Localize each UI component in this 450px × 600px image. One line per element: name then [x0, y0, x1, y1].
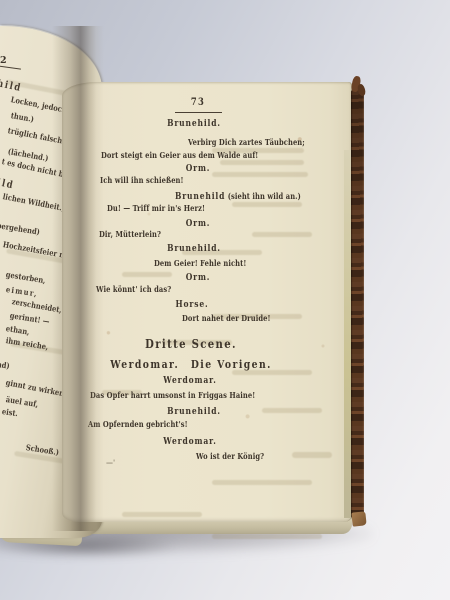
right-page-number: 73: [84, 98, 312, 108]
scene-heading: Dritte Scene.: [77, 338, 305, 350]
left-page-line: ihm reiche,: [5, 336, 49, 351]
book-cover-edge: [351, 90, 364, 518]
speaker-name: Orm.: [84, 165, 312, 174]
left-page-line: thun.): [10, 111, 34, 123]
dialogue-line: Du! — Triff mir in's Herz!: [107, 204, 205, 212]
dialogue-line: Am Opfernden gebricht's!: [88, 420, 188, 428]
dialogue-line: Dir, Mütterlein?: [99, 230, 161, 238]
speaker-name: Werdomar.: [76, 438, 304, 447]
cover-corner-tab: [351, 511, 366, 526]
dialogue-line: Das Opfer harrt umsonst in Friggas Haine…: [90, 391, 255, 399]
dialogue-line: Verbirg Dich zartes Täubchen;: [188, 138, 305, 146]
left-page-number-rule: [0, 65, 21, 70]
dialogue-line: Ich will ihn schießen!: [100, 176, 184, 184]
left-page-line: lichen Wildheit.): [2, 192, 66, 212]
speaker-name: Horse.: [78, 301, 306, 310]
left-page-line: bergehend): [0, 221, 41, 236]
dialogue-line: Wo ist der König?: [196, 452, 264, 460]
dialogue-line: Wie könnt' ich das?: [96, 285, 171, 293]
speaker-name-with-direction: Brunehild (sieht ihn wild an.): [175, 192, 301, 202]
left-page-line: ild: [0, 178, 15, 191]
left-page-line: nd): [0, 360, 10, 370]
speaker-name: Orm.: [84, 274, 312, 283]
signature-mark: —': [106, 458, 115, 467]
scene-cast-list: Werdomar.Die Vorigen.: [77, 359, 305, 370]
speaker-name: Werdomar.: [76, 377, 304, 386]
speaker-name: Orm.: [84, 220, 312, 229]
speaker-name: Brunehild.: [80, 120, 308, 129]
left-page-line: eist.: [1, 407, 18, 417]
left-page-line: gestorben,: [5, 270, 46, 284]
right-page: 73 Brunehild. Verbirg Dich zartes Täubch…: [62, 82, 352, 522]
book-photo: 2 hild Locken, jedoch ohne ihn thun.) tr…: [0, 0, 450, 600]
speaker-name: Brunehild.: [80, 408, 308, 417]
left-page-line: gerinnt! —: [9, 311, 50, 325]
left-page-line: ethan,: [5, 324, 30, 336]
left-page-line: äuel auf,: [5, 395, 39, 408]
speaker-name: Brunehild.: [80, 245, 308, 254]
left-page-line: eimur,: [5, 285, 38, 297]
dialogue-line: Dort nahet der Druide!: [182, 314, 271, 322]
left-page-number: 2: [0, 55, 7, 66]
dialogue-line: Dem Geier! Fehle nicht!: [154, 259, 246, 267]
dialogue-line: Dort steigt ein Geier aus dem Walde auf!: [101, 151, 258, 159]
page-number-rule: [175, 112, 222, 113]
